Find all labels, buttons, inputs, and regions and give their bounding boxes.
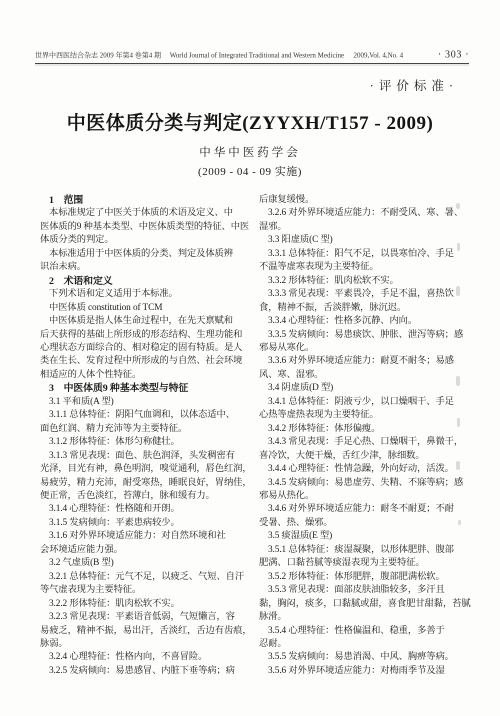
document-title: 中医体质分类与判定(ZYYXH/T157 - 2009) bbox=[0, 108, 500, 135]
text-line: 3 中医体质9 种基本类型与特征 bbox=[40, 382, 252, 395]
text-line: 3.1 平和质(A 型) bbox=[40, 396, 252, 409]
scan-artifact bbox=[458, 520, 461, 525]
issue-info: 2009,Vol. 4,No. 4 bbox=[353, 52, 403, 59]
text-line: 3.2 气虚质(B 型) bbox=[40, 557, 252, 570]
text-line: 肥满、口黏苔腻等痰湿表现为主要特征。 bbox=[259, 557, 471, 570]
text-line: 黏，胸闷，痰多，口黏腻或甜，喜食肥甘甜黏，苔腻， bbox=[259, 598, 471, 611]
text-line: 后康复缓慢。 bbox=[259, 194, 471, 207]
text-line: 3.4.6 对外界环境适应能力：耐冬不耐夏；不耐 bbox=[259, 503, 471, 516]
text-line: 3.5.6 对外界环境适应能力：对梅雨季节及湿 bbox=[259, 665, 471, 678]
text-line: 3.1.5 发病倾向：平素患病较少。 bbox=[40, 517, 252, 530]
text-line: 本标准适用于中医体质的分类、判定及体质辨 bbox=[40, 248, 252, 261]
text-line: 易疲乏，精神不振，易出汗，舌淡红，舌边有齿痕， bbox=[40, 625, 252, 638]
text-line: 下列术语和定义适用于本标准。 bbox=[40, 288, 252, 301]
text-line: 3.3.3 常见表现：平素畏冷，手足不温，喜热饮 bbox=[259, 288, 471, 301]
text-line: 3.2.3 常见表现：平素语音低弱，气短懒言，容 bbox=[40, 611, 252, 624]
page-number: · 303 · bbox=[438, 50, 469, 61]
text-line: 医体质的9 种基本类型、中医体质类型的特征、中医 bbox=[40, 221, 252, 234]
text-line: 喜冷饮，大便干燥，舌红少津，脉细数。 bbox=[259, 450, 471, 463]
text-line: 识治未病。 bbox=[40, 261, 252, 274]
text-line: 面色红润、精力充沛等为主要特征。 bbox=[40, 423, 252, 436]
text-line: 食，精神不振，舌淡胖嫩，脉沉迟。 bbox=[259, 302, 471, 315]
text-line: 3.5 痰湿质(E 型) bbox=[259, 530, 471, 543]
text-line: 3.5.1 总体特征：痰湿凝聚，以形体肥胖、腹部 bbox=[259, 544, 471, 557]
scan-artifact bbox=[456, 286, 460, 296]
text-line: 3.1.3 常见表现：面色、肤色润泽，头发稠密有 bbox=[40, 450, 252, 463]
text-line: 邪易从热化。 bbox=[259, 490, 471, 503]
text-line: 3.4.1 总体特征：阴液亏少，以口燥咽干、手足 bbox=[259, 396, 471, 409]
text-line: 会环境适应能力强。 bbox=[40, 544, 252, 557]
scanned-journal-page: 世界中西医结合杂志 2009 年第4 卷第4 期 World Journal o… bbox=[0, 0, 500, 716]
text-line: 心理状态方面综合的、相对稳定的固有特质。是人 bbox=[40, 342, 252, 355]
text-line: 相适应的人体个性特征。 bbox=[40, 369, 252, 382]
text-line: 3.5.2 形体特征：体形肥胖，腹部肥满松软。 bbox=[259, 571, 471, 584]
text-line: 受暑、热、燥邪。 bbox=[259, 517, 471, 530]
text-line: 3.2.5 发病倾向：易患感冒、内脏下垂等病；病 bbox=[40, 665, 252, 678]
text-line: 3.3.4 心理特征：性格多沉静、内向。 bbox=[259, 315, 471, 328]
text-line: 3.2.4 心理特征：性格内向，不喜冒险。 bbox=[40, 651, 252, 664]
text-line: 邪易从寒化。 bbox=[259, 342, 471, 355]
text-line: 脉滑。 bbox=[259, 611, 471, 624]
right-column: 后康复缓慢。3.2.6 对外界环境适应能力：不耐受风、寒、暑、湿邪。3.3 阳虚… bbox=[259, 194, 471, 678]
text-line: 3.4.2 形体特征：体形偏瘦。 bbox=[259, 423, 471, 436]
text-line: 2 术语和定义 bbox=[40, 275, 252, 288]
scan-artifact bbox=[457, 243, 460, 251]
text-line: 3.1.4 心理特征：性格随和开朗。 bbox=[40, 503, 252, 516]
implementation-date: (2009 - 04 - 09 实施) bbox=[0, 163, 500, 179]
text-line: 3.4.4 心理特征：性情急躁，外向好动，活泼。 bbox=[259, 463, 471, 476]
left-column: 1 范围本标准规定了中医关于体质的术语及定义、中医体质的9 种基本类型、中医体质… bbox=[40, 194, 252, 678]
text-line: 类在生长、发育过程中所形成的与自然、社会环境 bbox=[40, 355, 252, 368]
section-label: ·评价标准· bbox=[370, 76, 458, 94]
text-line: 3.3.5 发病倾向：易患痰饮、肿胀、泄泻等病；感 bbox=[259, 329, 471, 342]
text-line: 3.3.1 总体特征：阳气不足，以畏寒怕冷、手足 bbox=[259, 248, 471, 261]
text-line: 中医体质是指人体生命过程中，在先天禀赋和 bbox=[40, 315, 252, 328]
text-line: 3.3.2 形体特征：肌肉松软不实。 bbox=[259, 275, 471, 288]
text-line: 本标准规定了中医关于体质的术语及定义、中 bbox=[40, 207, 252, 220]
scan-artifact bbox=[457, 330, 460, 336]
text-line: 不温等虚寒表现为主要特征。 bbox=[259, 261, 471, 274]
scan-artifact bbox=[456, 203, 460, 209]
text-line: 易疲劳，精力充沛，耐受寒热，睡眠良好，胃纳佳，二 bbox=[40, 477, 252, 490]
scan-artifact bbox=[456, 461, 460, 470]
text-line: 便正常，舌色淡红，苔薄白，脉和缓有力。 bbox=[40, 490, 252, 503]
journal-name-cn: 世界中西医结合杂志 2009 年第4 卷第4 期 bbox=[35, 50, 161, 60]
journal-name-en: World Journal of Integrated Traditional … bbox=[170, 52, 344, 59]
text-line: 3.3 阳虚质(C 型) bbox=[259, 234, 471, 247]
text-line: 1 范围 bbox=[40, 194, 252, 207]
text-line: 3.2.1 总体特征：元气不足，以疲乏、气短、自汗 bbox=[40, 571, 252, 584]
text-line: 湿邪。 bbox=[259, 221, 471, 234]
text-line: 光泽，目光有神，鼻色明润，嗅觉通利，唇色红润，不 bbox=[40, 463, 252, 476]
text-line: 3.1.6 对外界环境适应能力：对自然环境和社 bbox=[40, 530, 252, 543]
text-line: 风、寒、湿邪。 bbox=[259, 369, 471, 382]
text-line: 等气虚表现为主要特征。 bbox=[40, 584, 252, 597]
text-line: 脉弱。 bbox=[40, 638, 252, 651]
text-line: 3.2.6 对外界环境适应能力：不耐受风、寒、暑、 bbox=[259, 207, 471, 220]
text-line: 3.5.3 常见表现：面部皮肤油脂较多，多汗且 bbox=[259, 584, 471, 597]
text-line: 3.4.3 常见表现：手足心热、口燥咽干，鼻微干， bbox=[259, 436, 471, 449]
scan-artifact bbox=[456, 376, 460, 386]
text-line: 后天获得的基础上所形成的形态结构、生理功能和 bbox=[40, 329, 252, 342]
text-line: 体质分类的判定。 bbox=[40, 234, 252, 247]
journal-header-text: 世界中西医结合杂志 2009 年第4 卷第4 期 World Journal o… bbox=[35, 50, 469, 61]
text-line: 3.1.2 形体特征：体形匀称健壮。 bbox=[40, 436, 252, 449]
content-columns: 1 范围本标准规定了中医关于体质的术语及定义、中医体质的9 种基本类型、中医体质… bbox=[40, 194, 472, 678]
text-line: 3.1.1 总体特征：阴阳气血调和，以体态适中、 bbox=[40, 409, 252, 422]
journal-header: 世界中西医结合杂志 2009 年第4 卷第4 期 World Journal o… bbox=[35, 46, 469, 64]
author-organization: 中华中医药学会 bbox=[0, 144, 500, 160]
text-line: 3.5.4 心理特征：性格偏温和、稳重，多善于 bbox=[259, 625, 471, 638]
text-line: 3.4.5 发病倾向：易患虚劳、失精、不寐等病；感 bbox=[259, 477, 471, 490]
text-line: 忍耐。 bbox=[259, 638, 471, 651]
text-line: 3.2.2 形体特征：肌肉松软不实。 bbox=[40, 598, 252, 611]
text-line: 中医体质 constitution of TCM bbox=[40, 302, 252, 315]
text-line: 心热等虚热表现为主要特征。 bbox=[259, 409, 471, 422]
scan-artifact bbox=[457, 418, 460, 427]
text-line: 3.4 阴虚质(D 型) bbox=[259, 382, 471, 395]
text-line: 3.3.6 对外界环境适应能力：耐夏不耐冬；易感 bbox=[259, 355, 471, 368]
text-line: 3.5.5 发病倾向：易患消渴、中风、胸痹等病。 bbox=[259, 651, 471, 664]
